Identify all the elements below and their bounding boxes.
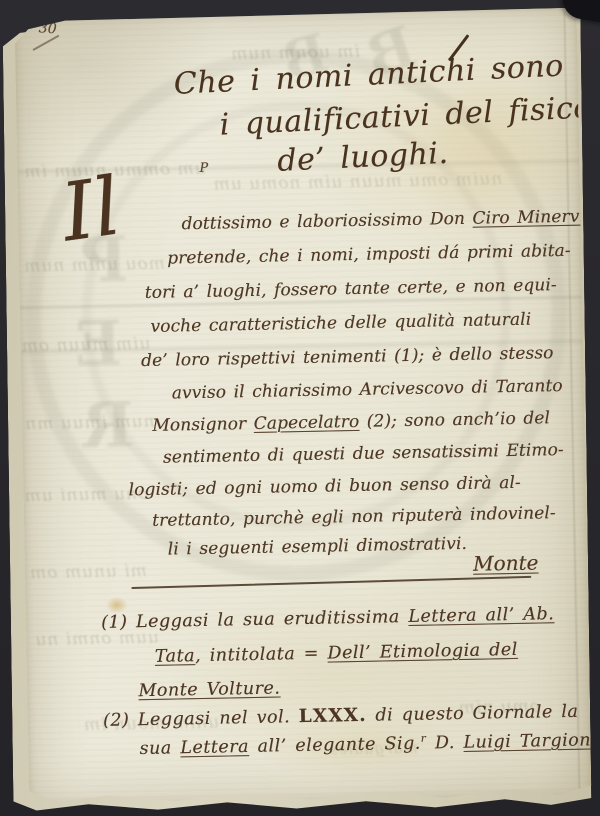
bleedthrough-text: mou unim num	[23, 254, 165, 277]
body-line: li i seguenti esempli dimostrativi.	[168, 534, 468, 560]
text-segment: (2); sono anch’io del	[359, 408, 550, 432]
body-line: dottissimo e laboriosissimo Don Ciro Min…	[181, 206, 600, 234]
text-segment: Capecelatro	[253, 412, 359, 434]
body-line: Monsignor Capecelatro (2); sono anch’io …	[152, 408, 550, 436]
text-segment: Monsignor	[152, 414, 254, 436]
text-segment: LXXX.	[298, 705, 366, 727]
body-line: voche caratteristiche delle qualità natu…	[150, 310, 531, 337]
footnote-line: (1) Leggasi la sua eruditissima Lettera …	[101, 604, 554, 633]
text-segment: all’ elegante Sig.	[249, 734, 421, 757]
footnote-separator-rule	[131, 576, 531, 590]
text-segment: sua	[139, 738, 180, 759]
footnote-line: Tata, intitolata = Dell’ Etimologia del	[155, 640, 518, 667]
text-segment: Monte Volture.	[138, 678, 280, 701]
footnote-line: Monte Volture.	[138, 678, 280, 701]
text-segment: avviso il chiarissimo Arcivescovo di Tar…	[172, 376, 563, 404]
text-segment: (2) Leggasi nel vol.	[103, 707, 299, 731]
body-line: avviso il chiarissimo Arcivescovo di Tar…	[172, 376, 563, 404]
catchword: Monte	[473, 551, 539, 576]
manuscript-page: B B P E R um ommu nuum im nuim omu muun …	[14, 8, 591, 807]
text-segment: pretende, che i nomi, imposti dá primi a…	[167, 241, 571, 269]
body-line: pretende, che i nomi, imposti dá primi a…	[167, 241, 571, 269]
text-segment: sentimento di questi due sensatissimi Et…	[163, 440, 564, 468]
text-segment: Lettera all’ Ab.	[408, 604, 554, 627]
chapter-title-line: i qualificativi del fisico	[219, 90, 593, 143]
footnote-line: (2) Leggasi nel vol. LXXX. di questo Gio…	[103, 701, 579, 731]
bleedthrough-text: mi unum om	[29, 561, 147, 583]
text-segment: di questo Giornale la	[367, 702, 579, 726]
text-segment: trettanto, purchè egli non riputerà indo…	[152, 503, 556, 531]
text-segment: Lettera	[180, 737, 249, 758]
bleedthrough-text: num imuu mn	[24, 412, 155, 434]
footnote-line: sua Lettera all’ elegante Sig.r D. Luigi…	[139, 729, 600, 759]
text-segment: li i seguenti esempli dimostrativi.	[168, 534, 468, 560]
folio-number: 30	[38, 20, 57, 37]
text-segment: , intitolata =	[195, 644, 328, 667]
manuscript-scan: B B P E R um ommu nuum im nuim omu muun …	[0, 0, 600, 816]
text-segment: (1) Leggasi la sua eruditissima	[101, 607, 409, 633]
text-segment: Luigi Targioni.	[463, 730, 600, 753]
text-segment: D.	[426, 733, 463, 754]
text-segment: dottissimo e laboriosissimo Don	[181, 209, 472, 235]
body-line: sentimento di questi due sensatissimi Et…	[163, 440, 564, 468]
text-segment: voche caratteristiche delle qualità natu…	[150, 310, 531, 337]
body-line: logisti; ed ogni uomo di buon senso dirà…	[128, 473, 521, 501]
fore-edge-crease	[563, 12, 580, 792]
ink-stain	[106, 596, 128, 613]
text-segment: Dell’ Etimologia del	[327, 640, 518, 664]
body-line: trettanto, purchè egli non riputerà indo…	[152, 503, 556, 531]
stray-mark: P	[199, 161, 208, 176]
text-segment: Tata	[155, 646, 196, 667]
text-segment: Monte	[473, 551, 539, 576]
text-segment: logisti; ed ogni uomo di buon senso dirà…	[128, 473, 521, 501]
folio-flourish	[32, 35, 59, 51]
